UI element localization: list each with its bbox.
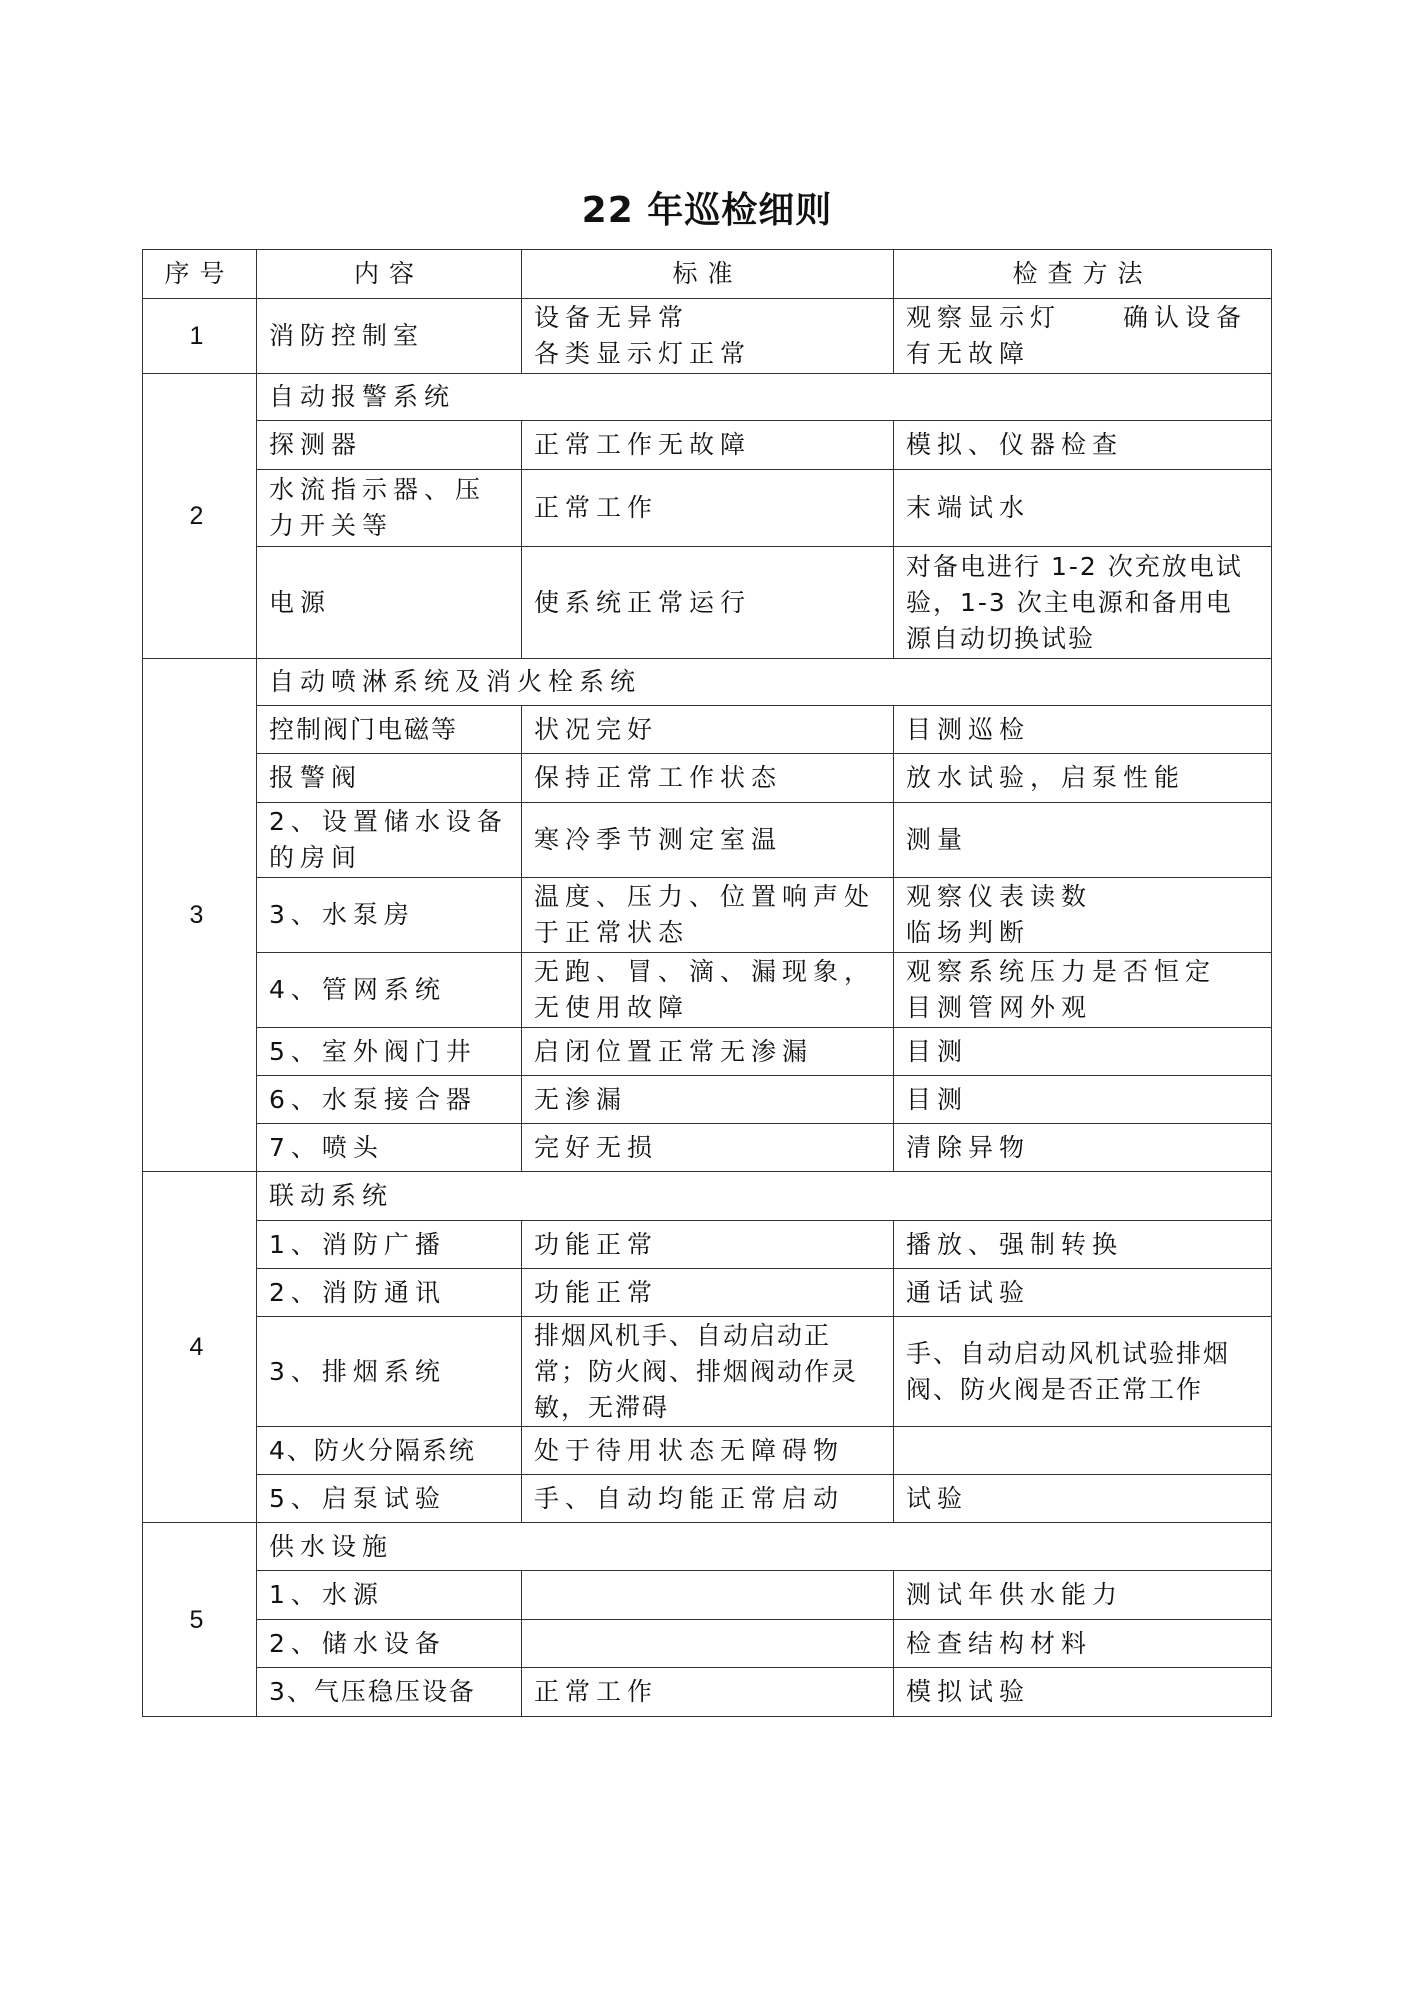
row-standard: 温度、压力、位置响声处于正常状态 (522, 878, 894, 953)
row-method: 播放、强制转换 (894, 1221, 1272, 1269)
row-method: 观察显示灯 确认设备有无故障 (894, 299, 1272, 374)
document-title: 22 年巡检细则 (0, 182, 1414, 233)
header-content: 内容 (257, 250, 522, 299)
table-row: 探测器 正常工作无故障 模拟、仪器检查 (143, 421, 1272, 470)
table-header-row: 序号 内容 标准 检查方法 (143, 250, 1272, 299)
inspection-table: 序号 内容 标准 检查方法 1 消防控制室 设备无异常 各类显示灯正常 观察显示… (142, 249, 1272, 1717)
group-title-row: 4 联动系统 (143, 1172, 1272, 1221)
row-content: 报警阀 (257, 754, 522, 803)
row-standard: 处于待用状态无障碍物 (522, 1427, 894, 1475)
row-content: 3、排烟系统 (257, 1317, 522, 1427)
table-row: 3、排烟系统 排烟风机手、自动启动正常；防火阀、排烟阀动作灵敏，无滞碍 手、自动… (143, 1317, 1272, 1427)
row-standard: 排烟风机手、自动启动正常；防火阀、排烟阀动作灵敏，无滞碍 (522, 1317, 894, 1427)
row-method: 对备电进行 1-2 次充放电试验，1-3 次主电源和备用电源自动切换试验 (894, 547, 1272, 659)
group-title: 自动报警系统 (257, 374, 1272, 421)
row-content: 4、防火分隔系统 (257, 1427, 522, 1475)
row-method: 观察系统压力是否恒定 目测管网外观 (894, 953, 1272, 1028)
row-standard: 使系统正常运行 (522, 547, 894, 659)
table-row: 2、消防通讯 功能正常 通话试验 (143, 1269, 1272, 1317)
row-standard (522, 1571, 894, 1620)
header-method: 检查方法 (894, 250, 1272, 299)
table-row: 报警阀 保持正常工作状态 放水试验，启泵性能 (143, 754, 1272, 803)
row-content: 3、气压稳压设备 (257, 1668, 522, 1717)
row-standard: 寒冷季节测定室温 (522, 803, 894, 878)
row-method: 放水试验，启泵性能 (894, 754, 1272, 803)
table-row: 控制阀门电磁等 状况完好 目测巡检 (143, 706, 1272, 754)
row-content: 1、消防广播 (257, 1221, 522, 1269)
row-content: 电源 (257, 547, 522, 659)
row-standard: 状况完好 (522, 706, 894, 754)
table-row: 2、储水设备 检查结构材料 (143, 1620, 1272, 1668)
row-method: 目测 (894, 1076, 1272, 1124)
row-standard: 功能正常 (522, 1221, 894, 1269)
table-row: 4、防火分隔系统 处于待用状态无障碍物 (143, 1427, 1272, 1475)
row-standard: 无渗漏 (522, 1076, 894, 1124)
row-content: 2、设置储水设备的房间 (257, 803, 522, 878)
row-content: 5、室外阀门井 (257, 1028, 522, 1076)
group-number: 1 (143, 299, 257, 374)
row-content: 控制阀门电磁等 (257, 706, 522, 754)
table-row: 7、喷头 完好无损 清除异物 (143, 1124, 1272, 1172)
group-number: 4 (143, 1172, 257, 1523)
row-method: 模拟、仪器检查 (894, 421, 1272, 470)
group-title: 联动系统 (257, 1172, 1272, 1221)
table-row: 5、室外阀门井 启闭位置正常无渗漏 目测 (143, 1028, 1272, 1076)
row-content: 2、储水设备 (257, 1620, 522, 1668)
group-title-row: 5 供水设施 (143, 1523, 1272, 1571)
row-content: 2、消防通讯 (257, 1269, 522, 1317)
row-method: 模拟试验 (894, 1668, 1272, 1717)
group-number: 2 (143, 374, 257, 659)
group-title: 供水设施 (257, 1523, 1272, 1571)
row-standard: 设备无异常 各类显示灯正常 (522, 299, 894, 374)
row-method: 末端试水 (894, 470, 1272, 547)
row-method: 测量 (894, 803, 1272, 878)
table-row: 3、水泵房 温度、压力、位置响声处于正常状态 观察仪表读数 临场判断 (143, 878, 1272, 953)
table-row: 5、启泵试验 手、自动均能正常启动 试验 (143, 1475, 1272, 1523)
group-title: 自动喷淋系统及消火栓系统 (257, 659, 1272, 706)
row-method: 观察仪表读数 临场判断 (894, 878, 1272, 953)
row-standard: 功能正常 (522, 1269, 894, 1317)
row-content: 3、水泵房 (257, 878, 522, 953)
row-method: 试验 (894, 1475, 1272, 1523)
row-standard: 正常工作无故障 (522, 421, 894, 470)
row-method: 通话试验 (894, 1269, 1272, 1317)
row-method: 目测 (894, 1028, 1272, 1076)
header-standard: 标准 (522, 250, 894, 299)
row-content: 4、管网系统 (257, 953, 522, 1028)
row-content: 5、启泵试验 (257, 1475, 522, 1523)
group-title-row: 2 自动报警系统 (143, 374, 1272, 421)
table-row: 6、水泵接合器 无渗漏 目测 (143, 1076, 1272, 1124)
group-title-row: 3 自动喷淋系统及消火栓系统 (143, 659, 1272, 706)
row-standard: 手、自动均能正常启动 (522, 1475, 894, 1523)
table-row: 2、设置储水设备的房间 寒冷季节测定室温 测量 (143, 803, 1272, 878)
header-no: 序号 (143, 250, 257, 299)
row-standard: 启闭位置正常无渗漏 (522, 1028, 894, 1076)
row-standard: 无跑、冒、滴、漏现象，无使用故障 (522, 953, 894, 1028)
row-method: 手、自动启动风机试验排烟阀、防火阀是否正常工作 (894, 1317, 1272, 1427)
row-standard (522, 1620, 894, 1668)
row-standard: 保持正常工作状态 (522, 754, 894, 803)
row-content: 6、水泵接合器 (257, 1076, 522, 1124)
row-content: 水流指示器、压力开关等 (257, 470, 522, 547)
table-row: 水流指示器、压力开关等 正常工作 末端试水 (143, 470, 1272, 547)
table-row: 4、管网系统 无跑、冒、滴、漏现象，无使用故障 观察系统压力是否恒定 目测管网外… (143, 953, 1272, 1028)
row-standard: 正常工作 (522, 470, 894, 547)
group-number: 5 (143, 1523, 257, 1717)
row-method (894, 1427, 1272, 1475)
row-content: 消防控制室 (257, 299, 522, 374)
row-method: 目测巡检 (894, 706, 1272, 754)
table-row: 电源 使系统正常运行 对备电进行 1-2 次充放电试验，1-3 次主电源和备用电… (143, 547, 1272, 659)
table-row: 1、水源 测试年供水能力 (143, 1571, 1272, 1620)
group-number: 3 (143, 659, 257, 1172)
table-row: 1 消防控制室 设备无异常 各类显示灯正常 观察显示灯 确认设备有无故障 (143, 299, 1272, 374)
row-method: 测试年供水能力 (894, 1571, 1272, 1620)
table-row: 3、气压稳压设备 正常工作 模拟试验 (143, 1668, 1272, 1717)
row-method: 清除异物 (894, 1124, 1272, 1172)
row-method: 检查结构材料 (894, 1620, 1272, 1668)
row-content: 7、喷头 (257, 1124, 522, 1172)
row-standard: 正常工作 (522, 1668, 894, 1717)
row-standard: 完好无损 (522, 1124, 894, 1172)
row-content: 1、水源 (257, 1571, 522, 1620)
row-content: 探测器 (257, 421, 522, 470)
table-row: 1、消防广播 功能正常 播放、强制转换 (143, 1221, 1272, 1269)
